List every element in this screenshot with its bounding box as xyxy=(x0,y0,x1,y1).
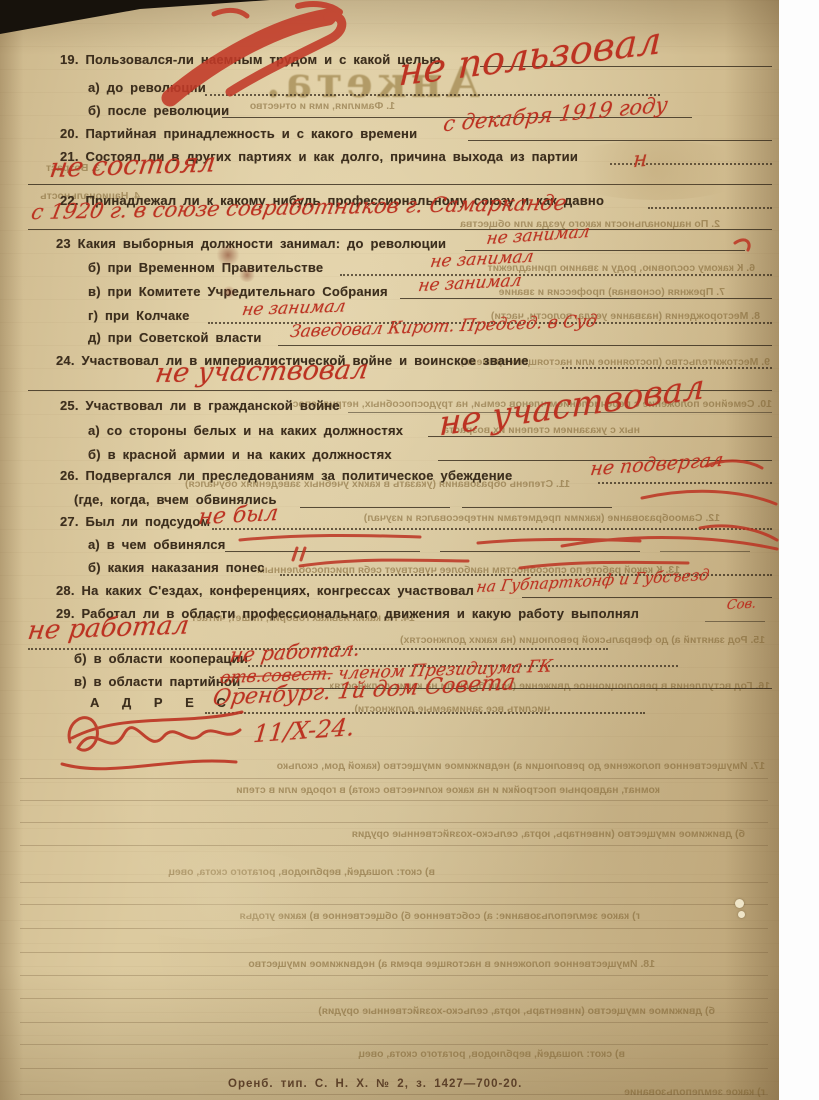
form-item-27a: а) в чем обвинялся xyxy=(88,537,226,552)
bleed-rule xyxy=(20,998,768,999)
form-item-19: 19. Пользовался-ли наемным трудом и с ка… xyxy=(60,52,441,67)
bleed-rule xyxy=(20,1068,768,1069)
handwritten-answer-27: не был xyxy=(197,501,280,530)
answer-line xyxy=(440,551,640,552)
answer-line xyxy=(225,551,420,552)
bleed-rule xyxy=(20,845,768,846)
form-item-20: 20. Партийная принадлежность и с какого … xyxy=(60,126,417,141)
bleedthrough-line: 15. Род занятий а) до февральской револю… xyxy=(340,634,765,646)
form-item-28: 28. На каких С'ездах, конференциях, конг… xyxy=(56,583,474,598)
answer-line xyxy=(660,551,750,552)
bleed-rule xyxy=(20,822,768,823)
answer-line xyxy=(340,274,772,276)
bleedthrough-line: комнат, надворные постройки и на какое к… xyxy=(60,784,660,796)
form-item-27b: б) какия наказания понес xyxy=(88,560,265,575)
bleed-rule xyxy=(20,975,768,976)
form-item-29b: б) в области кооперации xyxy=(74,651,248,666)
form-item-23g: г) при Колчаке xyxy=(88,308,190,323)
print-shop-imprint: Оренб. тип. С. Н. Х. № 2, з. 1427—700-20… xyxy=(228,1078,522,1090)
bleedthrough-line: б) движимое имущество (инвентарь, юрта, … xyxy=(300,828,745,840)
answer-line xyxy=(468,140,772,141)
paper-hole xyxy=(738,911,745,918)
answer-line xyxy=(462,507,612,508)
bleed-rule xyxy=(20,778,768,779)
ink-blotch xyxy=(238,268,256,282)
ink-blotch xyxy=(215,245,241,265)
handwritten-answer-29: не работал xyxy=(26,610,191,646)
handwritten-answer-24: не участвовал xyxy=(153,354,371,389)
answer-line xyxy=(28,229,772,230)
bleedthrough-line: 17. Имущественное положение до революции… xyxy=(110,760,765,772)
bleed-rule xyxy=(20,800,768,801)
answer-line xyxy=(205,712,645,714)
answer-line xyxy=(278,345,772,346)
form-item-25b: б) в красной армии и на каких должностях xyxy=(88,447,392,462)
bleedthrough-line: 1. Фамилия, имя и отчество xyxy=(225,100,395,112)
answer-line xyxy=(205,94,660,96)
bleed-rule xyxy=(20,1022,768,1023)
answer-line xyxy=(648,207,772,209)
bleedthrough-line: г) какое землепользование xyxy=(555,1086,765,1098)
form-item-19a: а) до революции xyxy=(88,80,206,95)
handwritten-answer-21: не состоял xyxy=(48,147,218,184)
bleed-rule xyxy=(20,1044,768,1045)
answer-line xyxy=(562,367,772,369)
form-item-26: 26. Подвергался ли преследованиям за пол… xyxy=(60,468,512,483)
bleed-rule xyxy=(20,1094,768,1095)
form-item-23: 23 Какия выборныя должности занимал: до … xyxy=(56,236,446,251)
answer-line xyxy=(400,298,772,299)
form-item-25: 25. Участвовал ли в гражданской войне xyxy=(60,398,340,413)
answer-line xyxy=(705,621,765,622)
answer-line xyxy=(598,482,772,484)
form-item-27: 27. Был ли подсудом xyxy=(60,514,210,529)
paper-highlight xyxy=(90,850,350,940)
scanned-questionnaire-page: Анкета. 1. Фамилия, имя и отчество 3. Во… xyxy=(0,0,819,1100)
ink-blotch xyxy=(222,286,236,298)
bleedthrough-line: в) скот: лошадей, верблюдов, рогатого ск… xyxy=(240,1048,625,1060)
bleedthrough-line: 18. Имущественное положение в настоящее … xyxy=(110,958,655,970)
paper-hole xyxy=(735,899,744,908)
form-item-25a: а) со стороны белых и на каких должностя… xyxy=(88,423,403,438)
form-item-19b: б) после революции xyxy=(88,103,229,118)
bleedthrough-line: б) движимое имущество (инвентарь, юрта, … xyxy=(250,1005,715,1017)
answer-line xyxy=(300,507,450,508)
handwritten-answer-23g: не занимал xyxy=(240,296,347,320)
form-item-23d: д) при Советской власти xyxy=(88,330,262,345)
form-item-23b: б) при Временном Правительстве xyxy=(88,260,323,275)
bleedthrough-line: 12. Самообразование (какими предметами и… xyxy=(360,512,720,524)
bleed-rule xyxy=(20,952,768,953)
handwritten-answer-28b: Сов. xyxy=(726,596,758,613)
answer-line xyxy=(212,528,772,530)
paper-stain xyxy=(556,140,756,200)
